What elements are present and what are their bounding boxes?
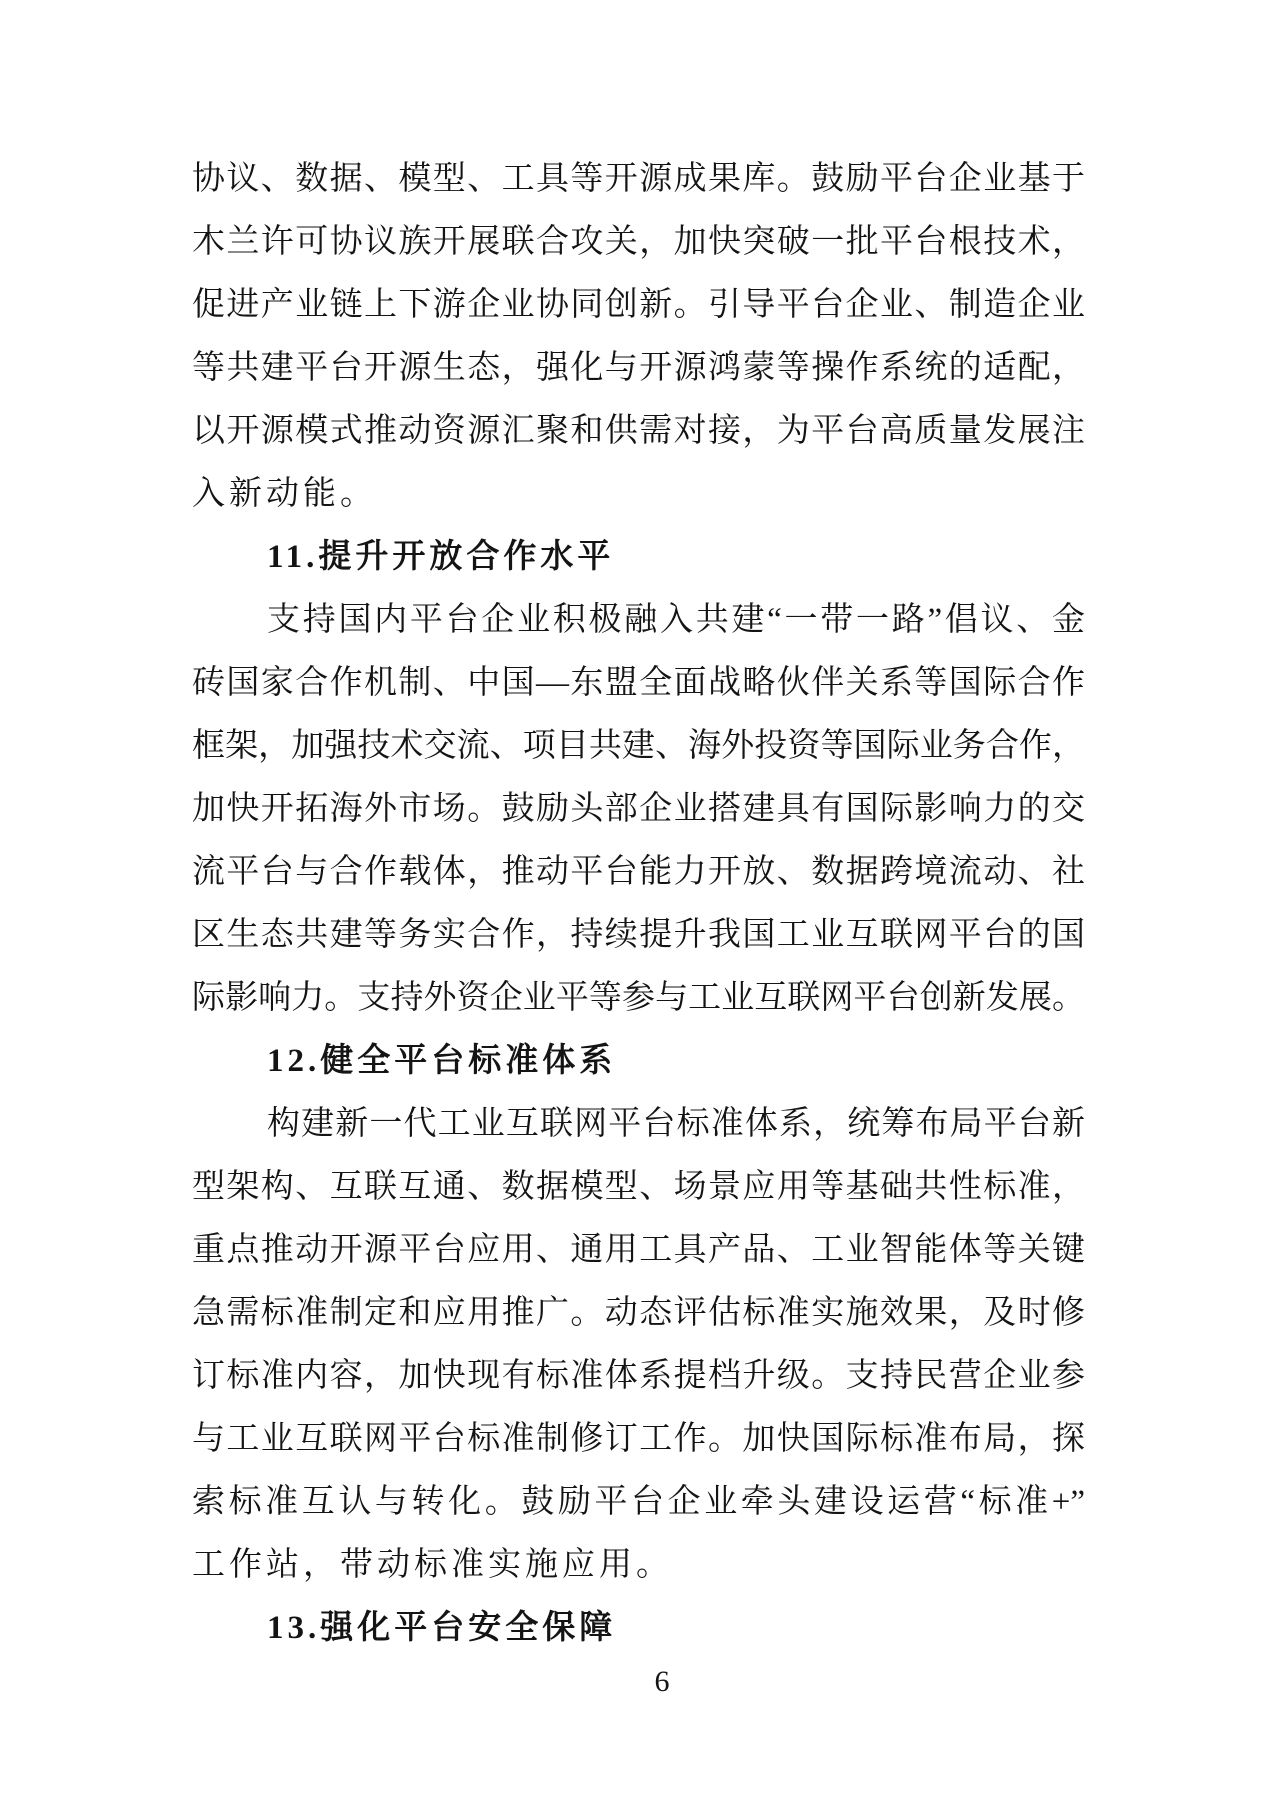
body-line: 促进产业链上下游企业协同创新。引导平台企业、制造企业 xyxy=(192,274,1085,337)
section-heading-13: 13.强化平台安全保障 xyxy=(192,1597,1085,1660)
document-page: 协议、数据、模型、工具等开源成果库。鼓励平台企业基于 木兰许可协议族开展联合攻关… xyxy=(0,0,1280,1810)
body-line: 索标准互认与转化。鼓励平台企业牵头建设运营“标准+” xyxy=(192,1471,1085,1534)
body-line: 重点推动开源平台应用、通用工具产品、工业智能体等关键 xyxy=(192,1219,1085,1282)
page-number: 6 xyxy=(655,1665,670,1698)
body-line: 型架构、互联互通、数据模型、场景应用等基础共性标准， xyxy=(192,1156,1085,1219)
body-line: 协议、数据、模型、工具等开源成果库。鼓励平台企业基于 xyxy=(192,148,1085,211)
body-line: 区生态共建等务实合作，持续提升我国工业互联网平台的国 xyxy=(192,904,1085,967)
body-line: 急需标准制定和应用推广。动态评估标准实施效果，及时修 xyxy=(192,1282,1085,1345)
body-line: 工作站，带动标准实施应用。 xyxy=(192,1534,1085,1597)
page-footer: 6 xyxy=(0,1662,1280,1702)
body-line: 支持国内平台企业积极融入共建“一带一路”倡议、金 xyxy=(192,589,1085,652)
body-line: 以开源模式推动资源汇聚和供需对接，为平台高质量发展注 xyxy=(192,400,1085,463)
section-heading-12: 12.健全平台标准体系 xyxy=(192,1030,1085,1093)
section-heading-11: 11.提升开放合作水平 xyxy=(192,526,1085,589)
body-line: 砖国家合作机制、中国—东盟全面战略伙伴关系等国际合作 xyxy=(192,652,1085,715)
document-text-block: 协议、数据、模型、工具等开源成果库。鼓励平台企业基于 木兰许可协议族开展联合攻关… xyxy=(192,148,1085,1660)
body-line: 框架，加强技术交流、项目共建、海外投资等国际业务合作， xyxy=(192,715,1085,778)
body-line: 际影响力。支持外资企业平等参与工业互联网平台创新发展。 xyxy=(192,967,1085,1030)
body-line: 构建新一代工业互联网平台标准体系，统筹布局平台新 xyxy=(192,1093,1085,1156)
body-line: 订标准内容，加快现有标准体系提档升级。支持民营企业参 xyxy=(192,1345,1085,1408)
body-line: 加快开拓海外市场。鼓励头部企业搭建具有国际影响力的交 xyxy=(192,778,1085,841)
body-line: 等共建平台开源生态，强化与开源鸿蒙等操作系统的适配， xyxy=(192,337,1085,400)
body-line: 流平台与合作载体，推动平台能力开放、数据跨境流动、社 xyxy=(192,841,1085,904)
body-line: 与工业互联网平台标准制修订工作。加快国际标准布局，探 xyxy=(192,1408,1085,1471)
body-line: 木兰许可协议族开展联合攻关，加快突破一批平台根技术， xyxy=(192,211,1085,274)
body-line: 入新动能。 xyxy=(192,463,1085,526)
